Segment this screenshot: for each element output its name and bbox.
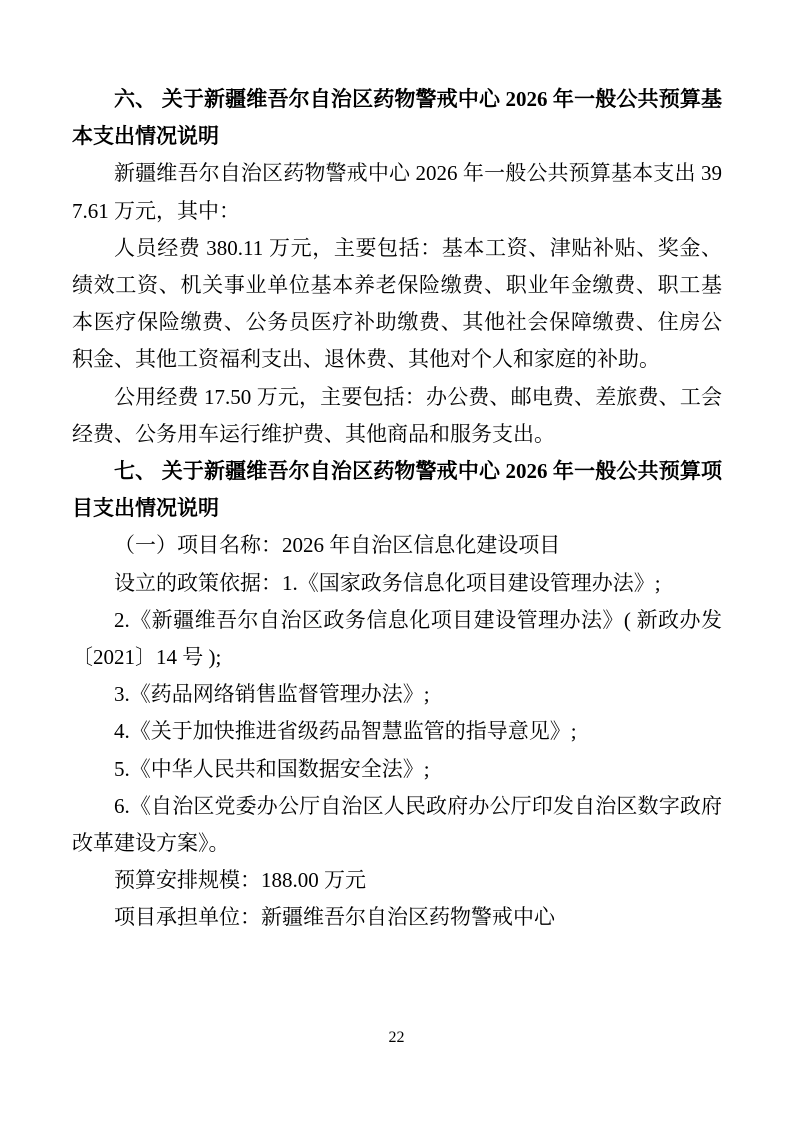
paragraph-policy-basis-3: 3.《药品网络销售监督管理办法》; — [72, 676, 722, 713]
document-content: 六、 关于新疆维吾尔自治区药物警戒中心 2026 年一般公共预算基本支出情况说明… — [72, 81, 722, 937]
paragraph-budget-scale: 预算安排规模：188.00 万元 — [72, 862, 722, 899]
paragraph-undertaking-unit: 项目承担单位：新疆维吾尔自治区药物警戒中心 — [72, 899, 722, 936]
section-heading-7: 七、 关于新疆维吾尔自治区药物警戒中心 2026 年一般公共预算项目支出情况说明 — [72, 453, 722, 527]
paragraph-policy-basis-1: 设立的政策依据：1.《国家政务信息化项目建设管理办法》; — [72, 565, 722, 602]
paragraph-project-name: （一）项目名称：2026 年自治区信息化建设项目 — [72, 527, 722, 564]
page-number: 22 — [0, 1028, 793, 1048]
document-page: 六、 关于新疆维吾尔自治区药物警戒中心 2026 年一般公共预算基本支出情况说明… — [0, 0, 793, 1122]
paragraph-policy-basis-6: 6.《自治区党委办公厅自治区人民政府办公厅印发自治区数字政府改革建设方案》。 — [72, 788, 722, 862]
paragraph-personnel-funds: 人员经费 380.11 万元，主要包括：基本工资、津贴补贴、奖金、绩效工资、机关… — [72, 230, 722, 379]
paragraph-policy-basis-4: 4.《关于加快推进省级药品智慧监管的指导意见》; — [72, 713, 722, 750]
paragraph-policy-basis-2: 2.《新疆维吾尔自治区政务信息化项目建设管理办法》( 新政办发〔2021〕14 … — [72, 602, 722, 676]
paragraph-basic-expenditure-total: 新疆维吾尔自治区药物警戒中心 2026 年一般公共预算基本支出 397.61 万… — [72, 155, 722, 229]
paragraph-public-funds: 公用经费 17.50 万元，主要包括：办公费、邮电费、差旅费、工会经费、公务用车… — [72, 379, 722, 453]
section-heading-6: 六、 关于新疆维吾尔自治区药物警戒中心 2026 年一般公共预算基本支出情况说明 — [72, 81, 722, 155]
paragraph-policy-basis-5: 5.《中华人民共和国数据安全法》; — [72, 751, 722, 788]
